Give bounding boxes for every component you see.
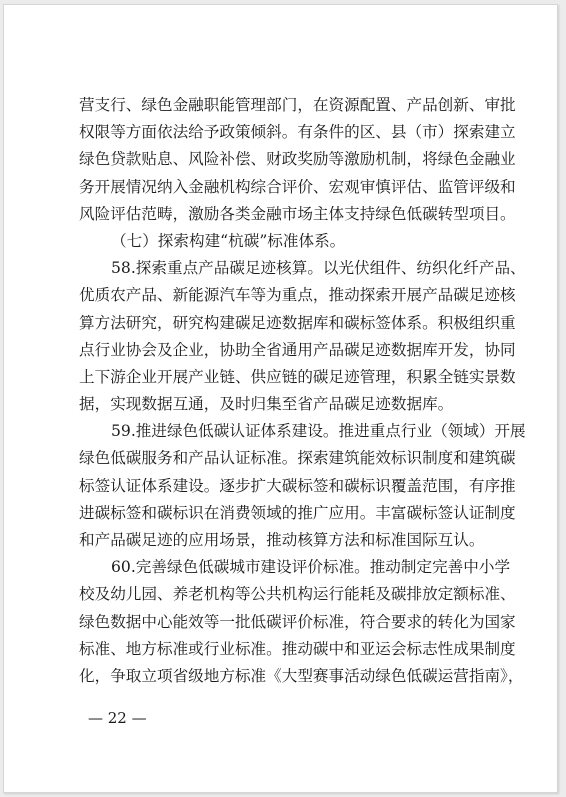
text-line: 校及幼儿园、养老机构等公共机构运行能耗及碳排放定额标准、	[79, 581, 489, 608]
text-line: 点行业协会及企业，协助全省通用产品碳足迹数据库开发，协同	[79, 337, 489, 364]
text-line: 绿色贷款贴息、风险补偿、财政奖励等激励机制，将绿色金融业	[79, 146, 489, 173]
text-line: 58.探索重点产品碳足迹核算。以光伏组件、纺织化纤产品、	[79, 255, 489, 282]
text-line: 标准、地方标准或行业标准。推动碳中和亚运会标志性成果制度	[79, 636, 489, 663]
text-line: 绿色低碳服务和产品认证标准。探索建筑能效标识制度和建筑碳	[79, 445, 489, 472]
text-line: 权限等方面依法给予政策倾斜。有条件的区、县（市）探索建立	[79, 119, 489, 146]
text-line: 风险评估范畴，激励各类金融市场主体支持绿色低碳转型项目。	[79, 201, 489, 228]
text-line: 和产品碳足迹的应用场景，推动核算方法和标准国际互认。	[79, 527, 489, 554]
text-line: 务开展情况纳入金融机构综合评价、宏观审慎评估、监管评级和	[79, 174, 489, 201]
document-page: 营支行、绿色金融职能管理部门，在资源配置、产品创新、审批权限等方面依法给予政策倾…	[3, 4, 558, 793]
text-line: 进碳标签和碳标识在消费领域的推广应用。丰富碳标签认证制度	[79, 500, 489, 527]
text-line: 上下游企业开展产业链、供应链的碳足迹管理，积累全链实景数	[79, 364, 489, 391]
text-line: 据，实现数据互通，及时归集至省产品碳足迹数据库。	[79, 391, 489, 418]
text-line: 算方法研究，研究构建碳足迹数据库和碳标签体系。积极组织重	[79, 310, 489, 337]
text-line: 营支行、绿色金融职能管理部门，在资源配置、产品创新、审批	[79, 92, 489, 119]
text-line: 59.推进绿色低碳认证体系建设。推进重点行业（领域）开展	[79, 418, 489, 445]
text-line: 优质农产品、新能源汽车等为重点，推动探索开展产品碳足迹核	[79, 282, 489, 309]
page-number: — 22 —	[88, 709, 147, 727]
body-text: 营支行、绿色金融职能管理部门，在资源配置、产品创新、审批权限等方面依法给予政策倾…	[79, 92, 489, 690]
text-line: （七）探索构建“杭碳”标准体系。	[79, 228, 489, 255]
text-line: 化，争取立项省级地方标准《大型赛事活动绿色低碳运营指南》，	[79, 663, 489, 690]
text-line: 标签认证体系建设。逐步扩大碳标签和碳标识覆盖范围，有序推	[79, 473, 489, 500]
text-line: 绿色数据中心能效等一批低碳评价标准，符合要求的转化为国家	[79, 609, 489, 636]
text-line: 60.完善绿色低碳城市建设评价标准。推动制定完善中小学	[79, 554, 489, 581]
